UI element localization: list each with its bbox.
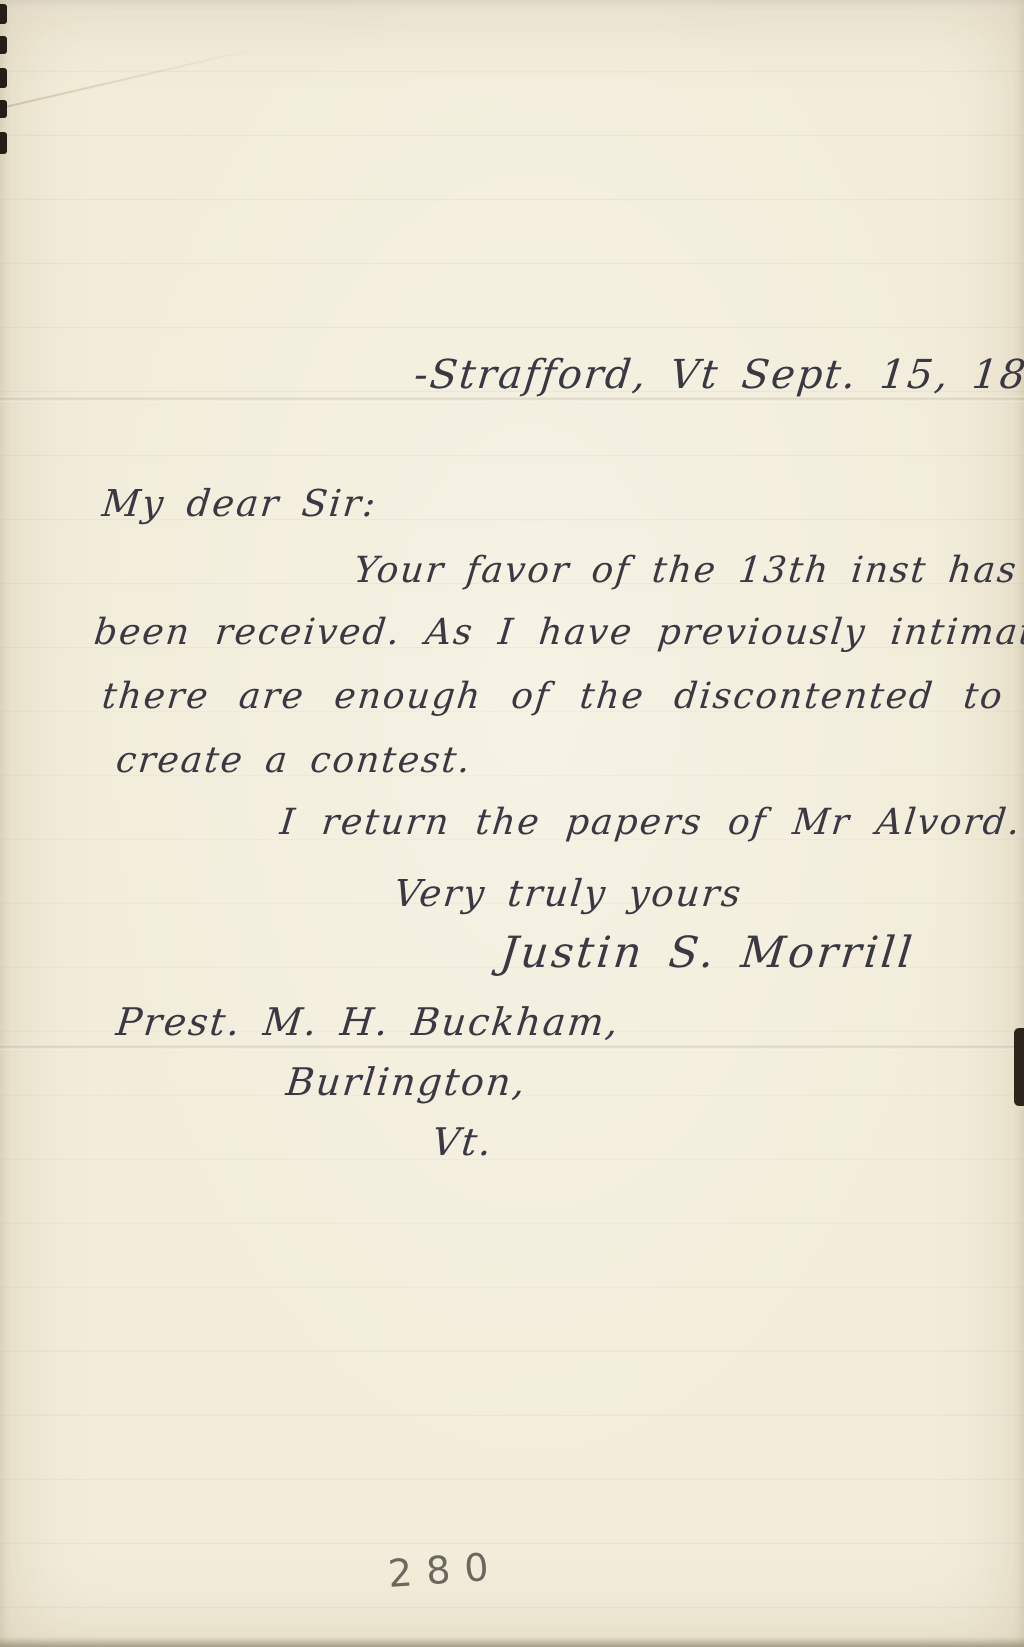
archival-page-number: 280 bbox=[387, 1544, 504, 1596]
body-line: been received. As I have previously inti… bbox=[92, 612, 1024, 653]
page-bottom-shadow bbox=[0, 1637, 1024, 1647]
closing: Very truly yours bbox=[392, 872, 745, 915]
scan-edge-artifact-right bbox=[1014, 1028, 1024, 1106]
scan-edge-artifact bbox=[0, 68, 7, 88]
scan-edge-artifact bbox=[0, 4, 7, 24]
body-line: there are enough of the discontented to bbox=[100, 676, 1006, 717]
recipient-line: Prest. M. H. Buckham, bbox=[114, 1000, 622, 1044]
letter-scan-page: -Strafford, Vt Sept. 15, 1890 My dear Si… bbox=[0, 0, 1024, 1647]
fold-crease-lower bbox=[0, 1044, 1024, 1050]
corner-crease bbox=[0, 47, 263, 112]
scan-edge-artifact bbox=[0, 36, 7, 54]
body-line: create a contest. bbox=[114, 740, 474, 781]
recipient-line: Vt. bbox=[430, 1120, 495, 1164]
recipient-line: Burlington, bbox=[284, 1060, 529, 1104]
signature: Justin S. Morrill bbox=[498, 928, 917, 978]
dateline: -Strafford, Vt Sept. 15, 1890 bbox=[412, 352, 1024, 398]
body-line: Your favor of the 13th inst has bbox=[352, 550, 1020, 591]
salutation: My dear Sir: bbox=[100, 482, 380, 525]
scan-edge-artifact bbox=[0, 100, 7, 118]
scan-edge-artifact bbox=[0, 132, 7, 154]
body-line: I return the papers of Mr Alvord. bbox=[278, 802, 1024, 843]
